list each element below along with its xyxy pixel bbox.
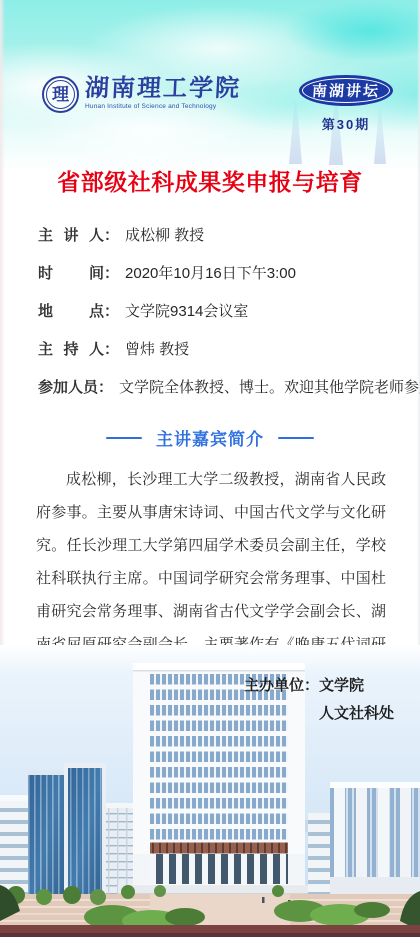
organizer-block: 主办单位： 文学院 人文社科处 [244,672,394,728]
info-value: 2020年10月16日下午3:00 [125,262,296,286]
info-colon: ： [98,376,113,400]
university-names: 湖南理工学院 Hunan Institute of Science and Te… [85,76,241,110]
info-value: 曾炜 教授 [125,338,189,362]
info-value: 文学院9314会议室 [125,300,248,324]
info-label: 主讲人 [38,224,104,248]
photo-top-fade [0,645,420,673]
forum-badge-group: 南湖讲坛 第30期 [299,75,393,133]
info-value: 文学院全体教授、博士。欢迎其他学院老师参加 [119,376,420,400]
info-row-location: 地点：文学院9314会议室 [38,300,390,324]
divider-line [278,437,314,439]
info-label: 参加人员 [38,376,98,400]
organizer-value: 文学院 [319,672,394,700]
info-row-host: 主持人：曾炜 教授 [38,338,390,362]
info-label: 地点 [38,300,104,324]
left-edge-shade [0,0,5,646]
road [0,925,420,937]
university-emblem-icon: 理 [42,76,79,113]
organizer-value: 人文社科处 [319,700,394,728]
divider-line [106,437,142,439]
info-label: 时间 [38,262,104,286]
section-title: 主讲嘉宾简介 [156,425,264,450]
info-row-speaker: 主讲人：成松柳 教授 [38,224,390,248]
forum-name: 南湖讲坛 [311,80,380,101]
organizer-colon: ： [304,672,319,728]
info-colon: ： [104,224,119,248]
forum-issue-number: 第30期 [299,114,393,133]
university-logo: 理 湖南理工学院 Hunan Institute of Science and … [42,76,241,113]
forum-badge: 南湖讲坛 [299,75,393,106]
info-row-time: 时间：2020年10月16日下午3:00 [38,262,390,286]
organizer-label: 主办单位 [244,672,304,728]
university-name-cn: 湖南理工学院 [84,76,241,102]
emblem-inner-ring [46,80,75,109]
info-colon: ： [104,338,119,362]
speaker-intro-section-header: 主讲嘉宾简介 [0,425,420,450]
info-value: 成松柳 教授 [125,224,204,248]
info-label: 主持人 [38,338,104,362]
lecture-poster: 理 湖南理工学院 Hunan Institute of Science and … [0,0,420,937]
university-name-en: Hunan Institute of Science and Technolog… [85,103,241,110]
lecture-title: 省部级社科成果奖申报与培育 [0,164,420,197]
info-row-participants: 参加人员：文学院全体教授、博士。欢迎其他学院老师参加 [38,376,390,400]
info-colon: ： [104,262,119,286]
info-colon: ： [104,300,119,324]
lecture-info-list: 主讲人：成松柳 教授 时间：2020年10月16日下午3:00 地点：文学院93… [38,224,390,414]
